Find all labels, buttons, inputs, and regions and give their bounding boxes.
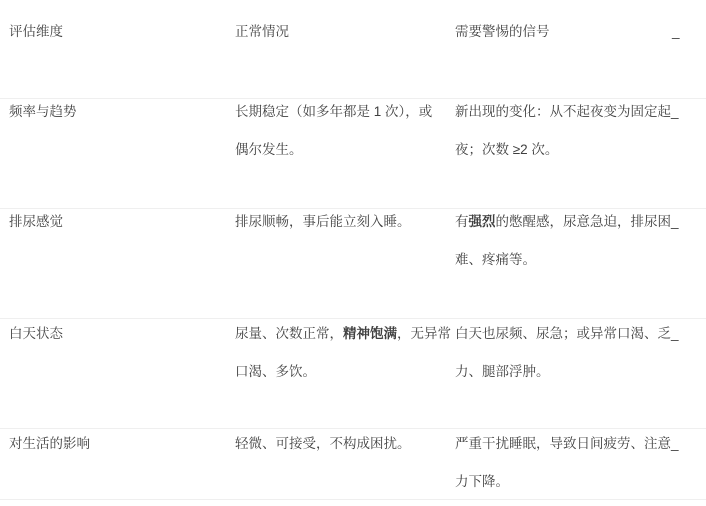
cell-dimension: 对生活的影响	[9, 425, 229, 463]
cell-normal: 尿量、次数正常，精神饱满，无异常 口渴、多饮。	[235, 315, 453, 391]
header-warning: 需要警惕的信号	[455, 13, 700, 51]
cell-dimension: 白天状态	[9, 315, 229, 353]
cell-warning: 有强烈的憋醒感，尿意急迫，排尿困_ 难、疼痛等。	[455, 203, 700, 279]
cell-dimension: 频率与趋势	[9, 93, 229, 131]
header-trailing-dash: _	[672, 13, 702, 51]
cell-warning: 严重干扰睡眠，导致日间疲劳、注意_ 力下降。	[455, 425, 700, 501]
cell-normal: 长期稳定（如多年都是 1 次），或 偶尔发生。	[235, 93, 453, 169]
cell-warning: 白天也尿频、尿急；或异常口渴、乏_ 力、腿部浮肿。	[455, 315, 700, 391]
header-dimension: 评估维度	[9, 13, 229, 51]
cell-normal: 排尿顺畅，事后能立刻入睡。	[235, 203, 453, 241]
cell-warning: 新出现的变化：从不起夜变为固定起_ 夜；次数 ≥2 次。	[455, 93, 700, 169]
assessment-table: 评估维度 正常情况 需要警惕的信号 _ 频率与趋势 长期稳定（如多年都是 1 次…	[0, 0, 706, 506]
header-normal: 正常情况	[235, 13, 453, 51]
cell-normal: 轻微、可接受，不构成困扰。	[235, 425, 453, 463]
cell-dimension: 排尿感觉	[9, 203, 229, 241]
